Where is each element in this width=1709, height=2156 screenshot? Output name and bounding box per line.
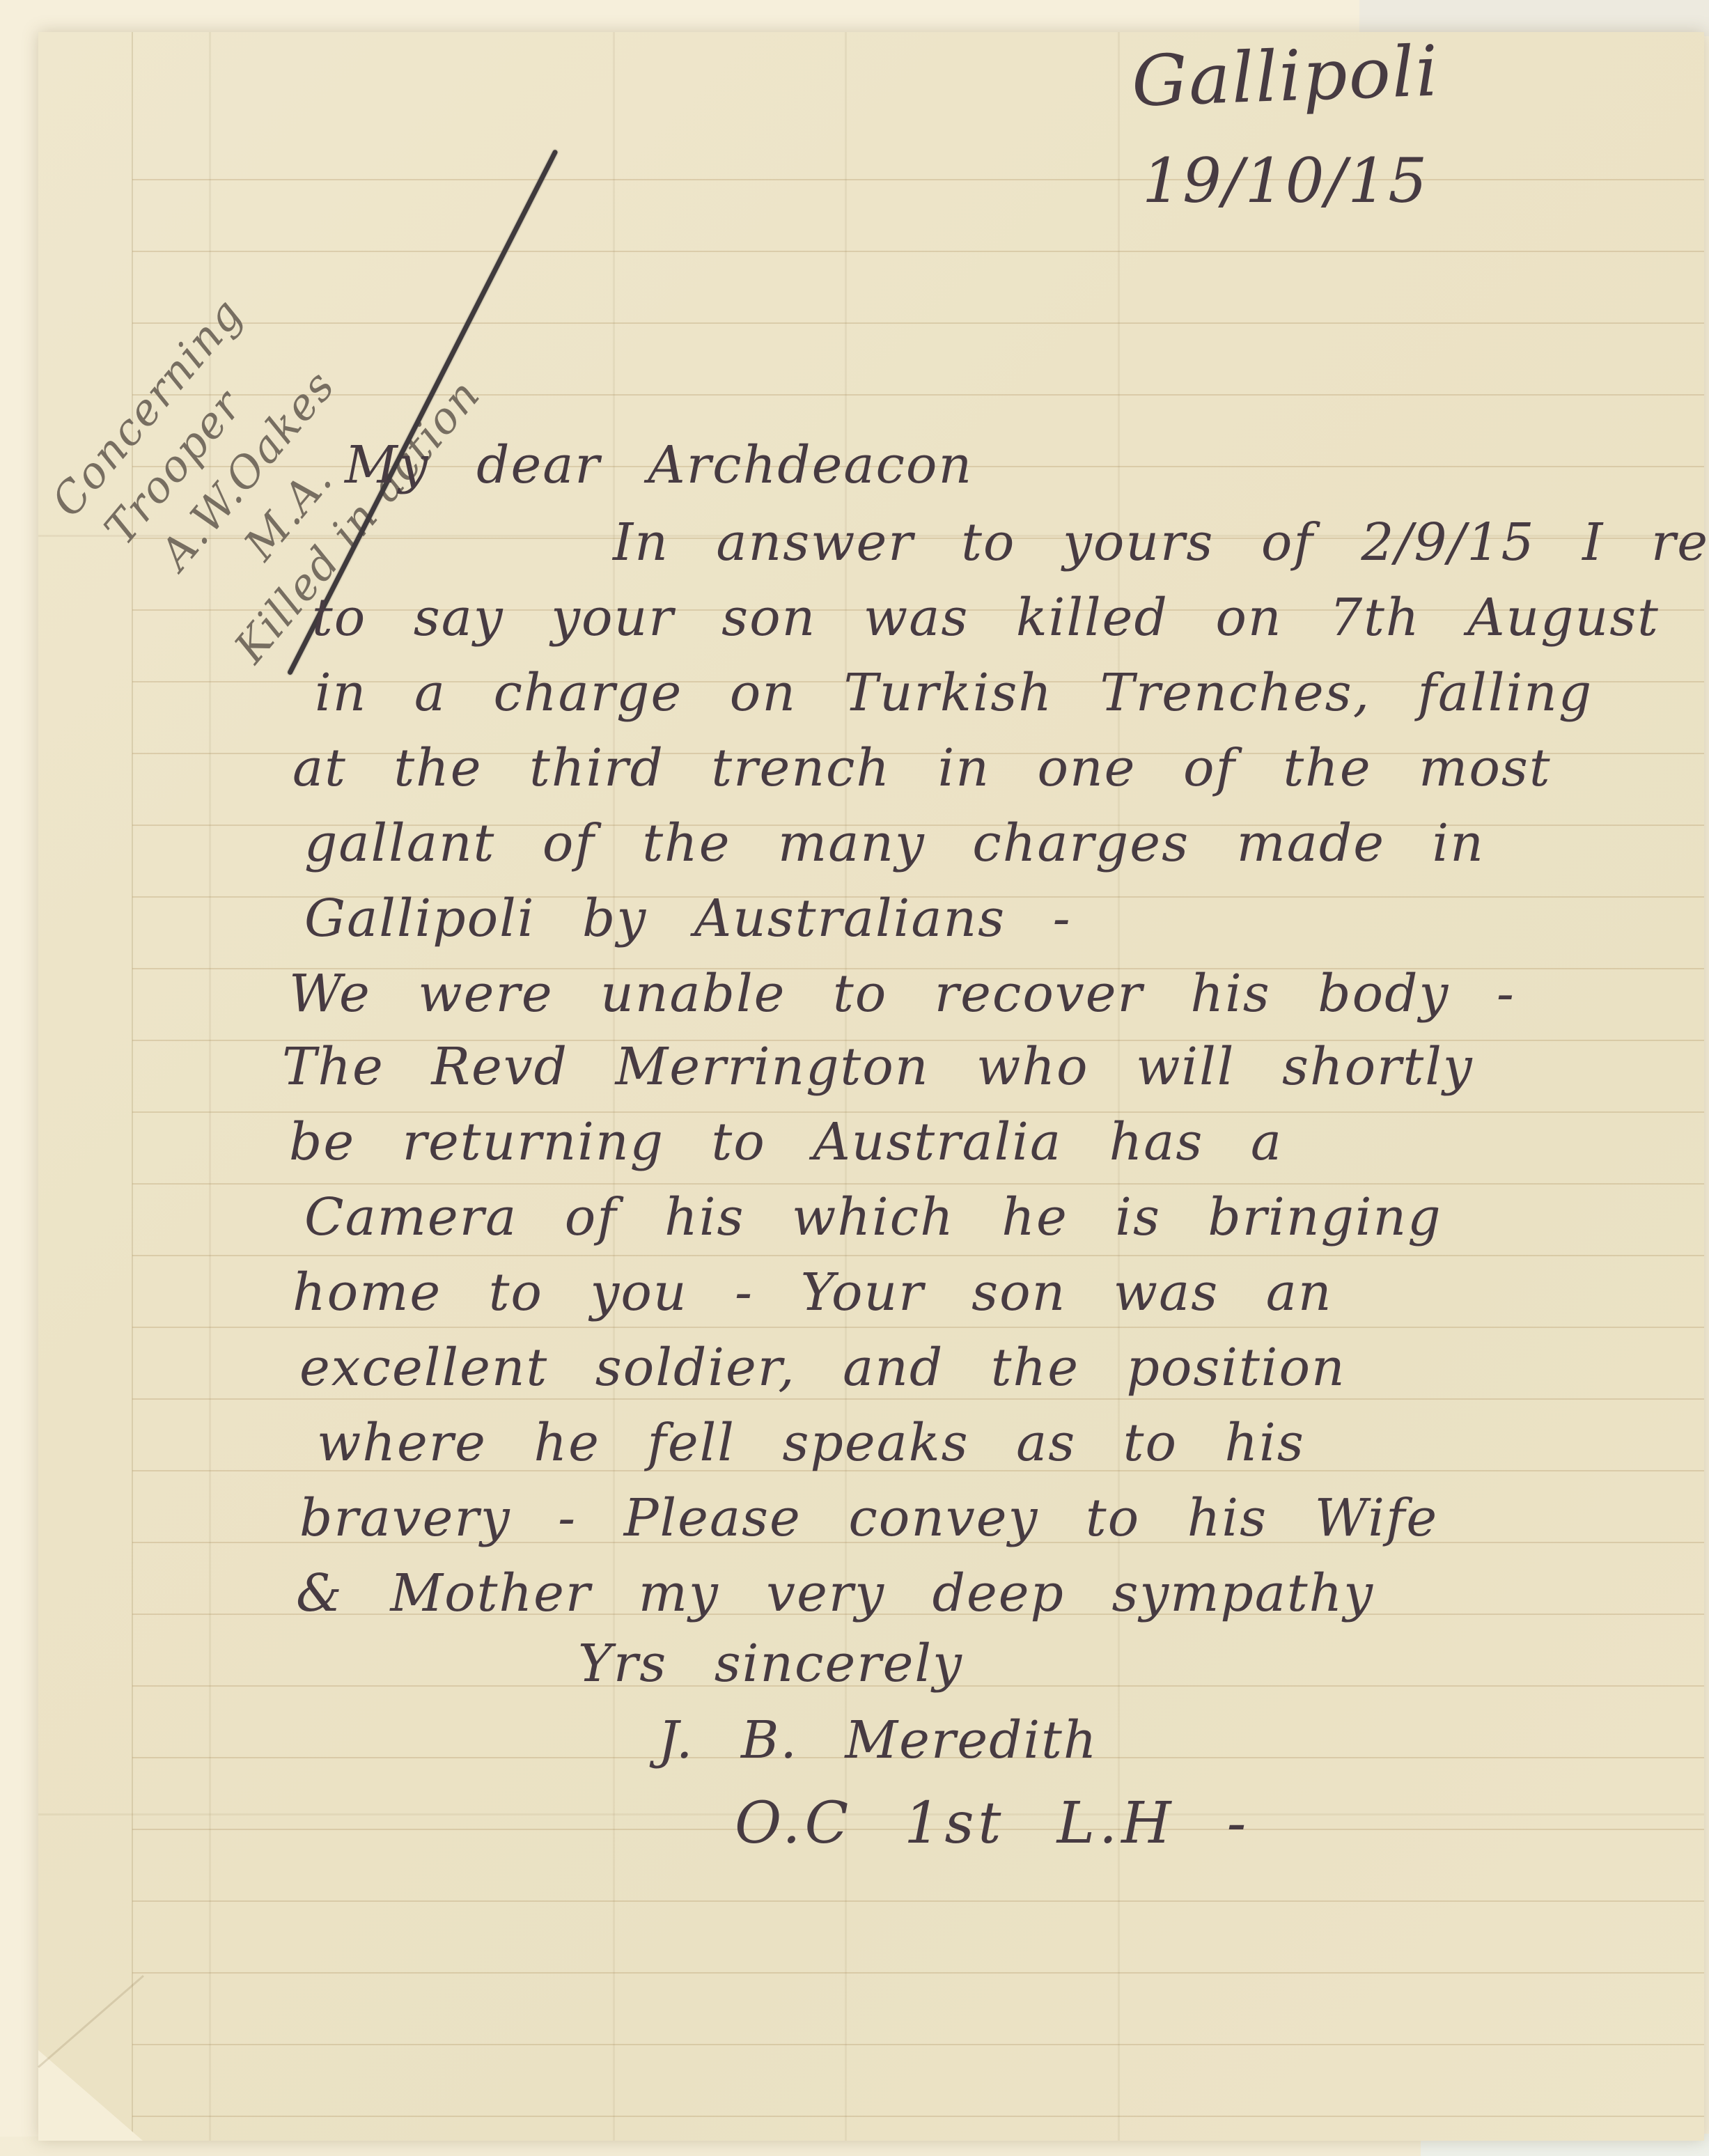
letter-body-line: bravery - Please convey to his Wife [299, 1492, 1438, 1544]
letter-body-line: where he fell speaks as to his [317, 1417, 1305, 1469]
letter-body-line: gallant of the many charges made in [304, 818, 1485, 869]
letter-body-line: Gallipoli by Australians - [304, 893, 1072, 944]
letter-body-line: We were unable to recover his body - [289, 968, 1515, 1020]
letter-body-line: Camera of his which he is bringing [304, 1192, 1442, 1243]
letter-page: ConcerningTrooperA.W.OakesM.A.Killed in … [38, 32, 1704, 2141]
letter-body-line: & Mother my very deep sympathy [296, 1568, 1374, 1619]
letter-body-line: be returning to Australia has a [289, 1116, 1283, 1168]
letter-date: 19/10/15 [1142, 150, 1428, 212]
letter-body-line: excellent soldier, and the position [299, 1342, 1346, 1393]
letter-place: Gallipoli [1130, 36, 1440, 116]
salutation-line: My dear Archdeacon [345, 439, 973, 491]
signature-line: J. B. Meredith [658, 1714, 1098, 1766]
letter-body-line: The Revd Merrington who will shortly [282, 1041, 1474, 1093]
letter-body-line: home to you - Your son was an [292, 1267, 1333, 1318]
letter-body-line: In answer to yours of 2/9/15 I regret [613, 517, 1709, 568]
letter-body-line: in a charge on Turkish Trenches, falling [315, 667, 1593, 719]
signature-title-line: O.C 1st L.H - [735, 1795, 1250, 1852]
valediction-line: Yrs sincerely [578, 1638, 963, 1689]
letter-body-line: to say your son was killed on 7th August [312, 592, 1660, 643]
letter-body-line: at the third trench in one of the most [292, 742, 1552, 794]
margin-crease [132, 32, 133, 2141]
folded-corner [38, 2050, 143, 2141]
